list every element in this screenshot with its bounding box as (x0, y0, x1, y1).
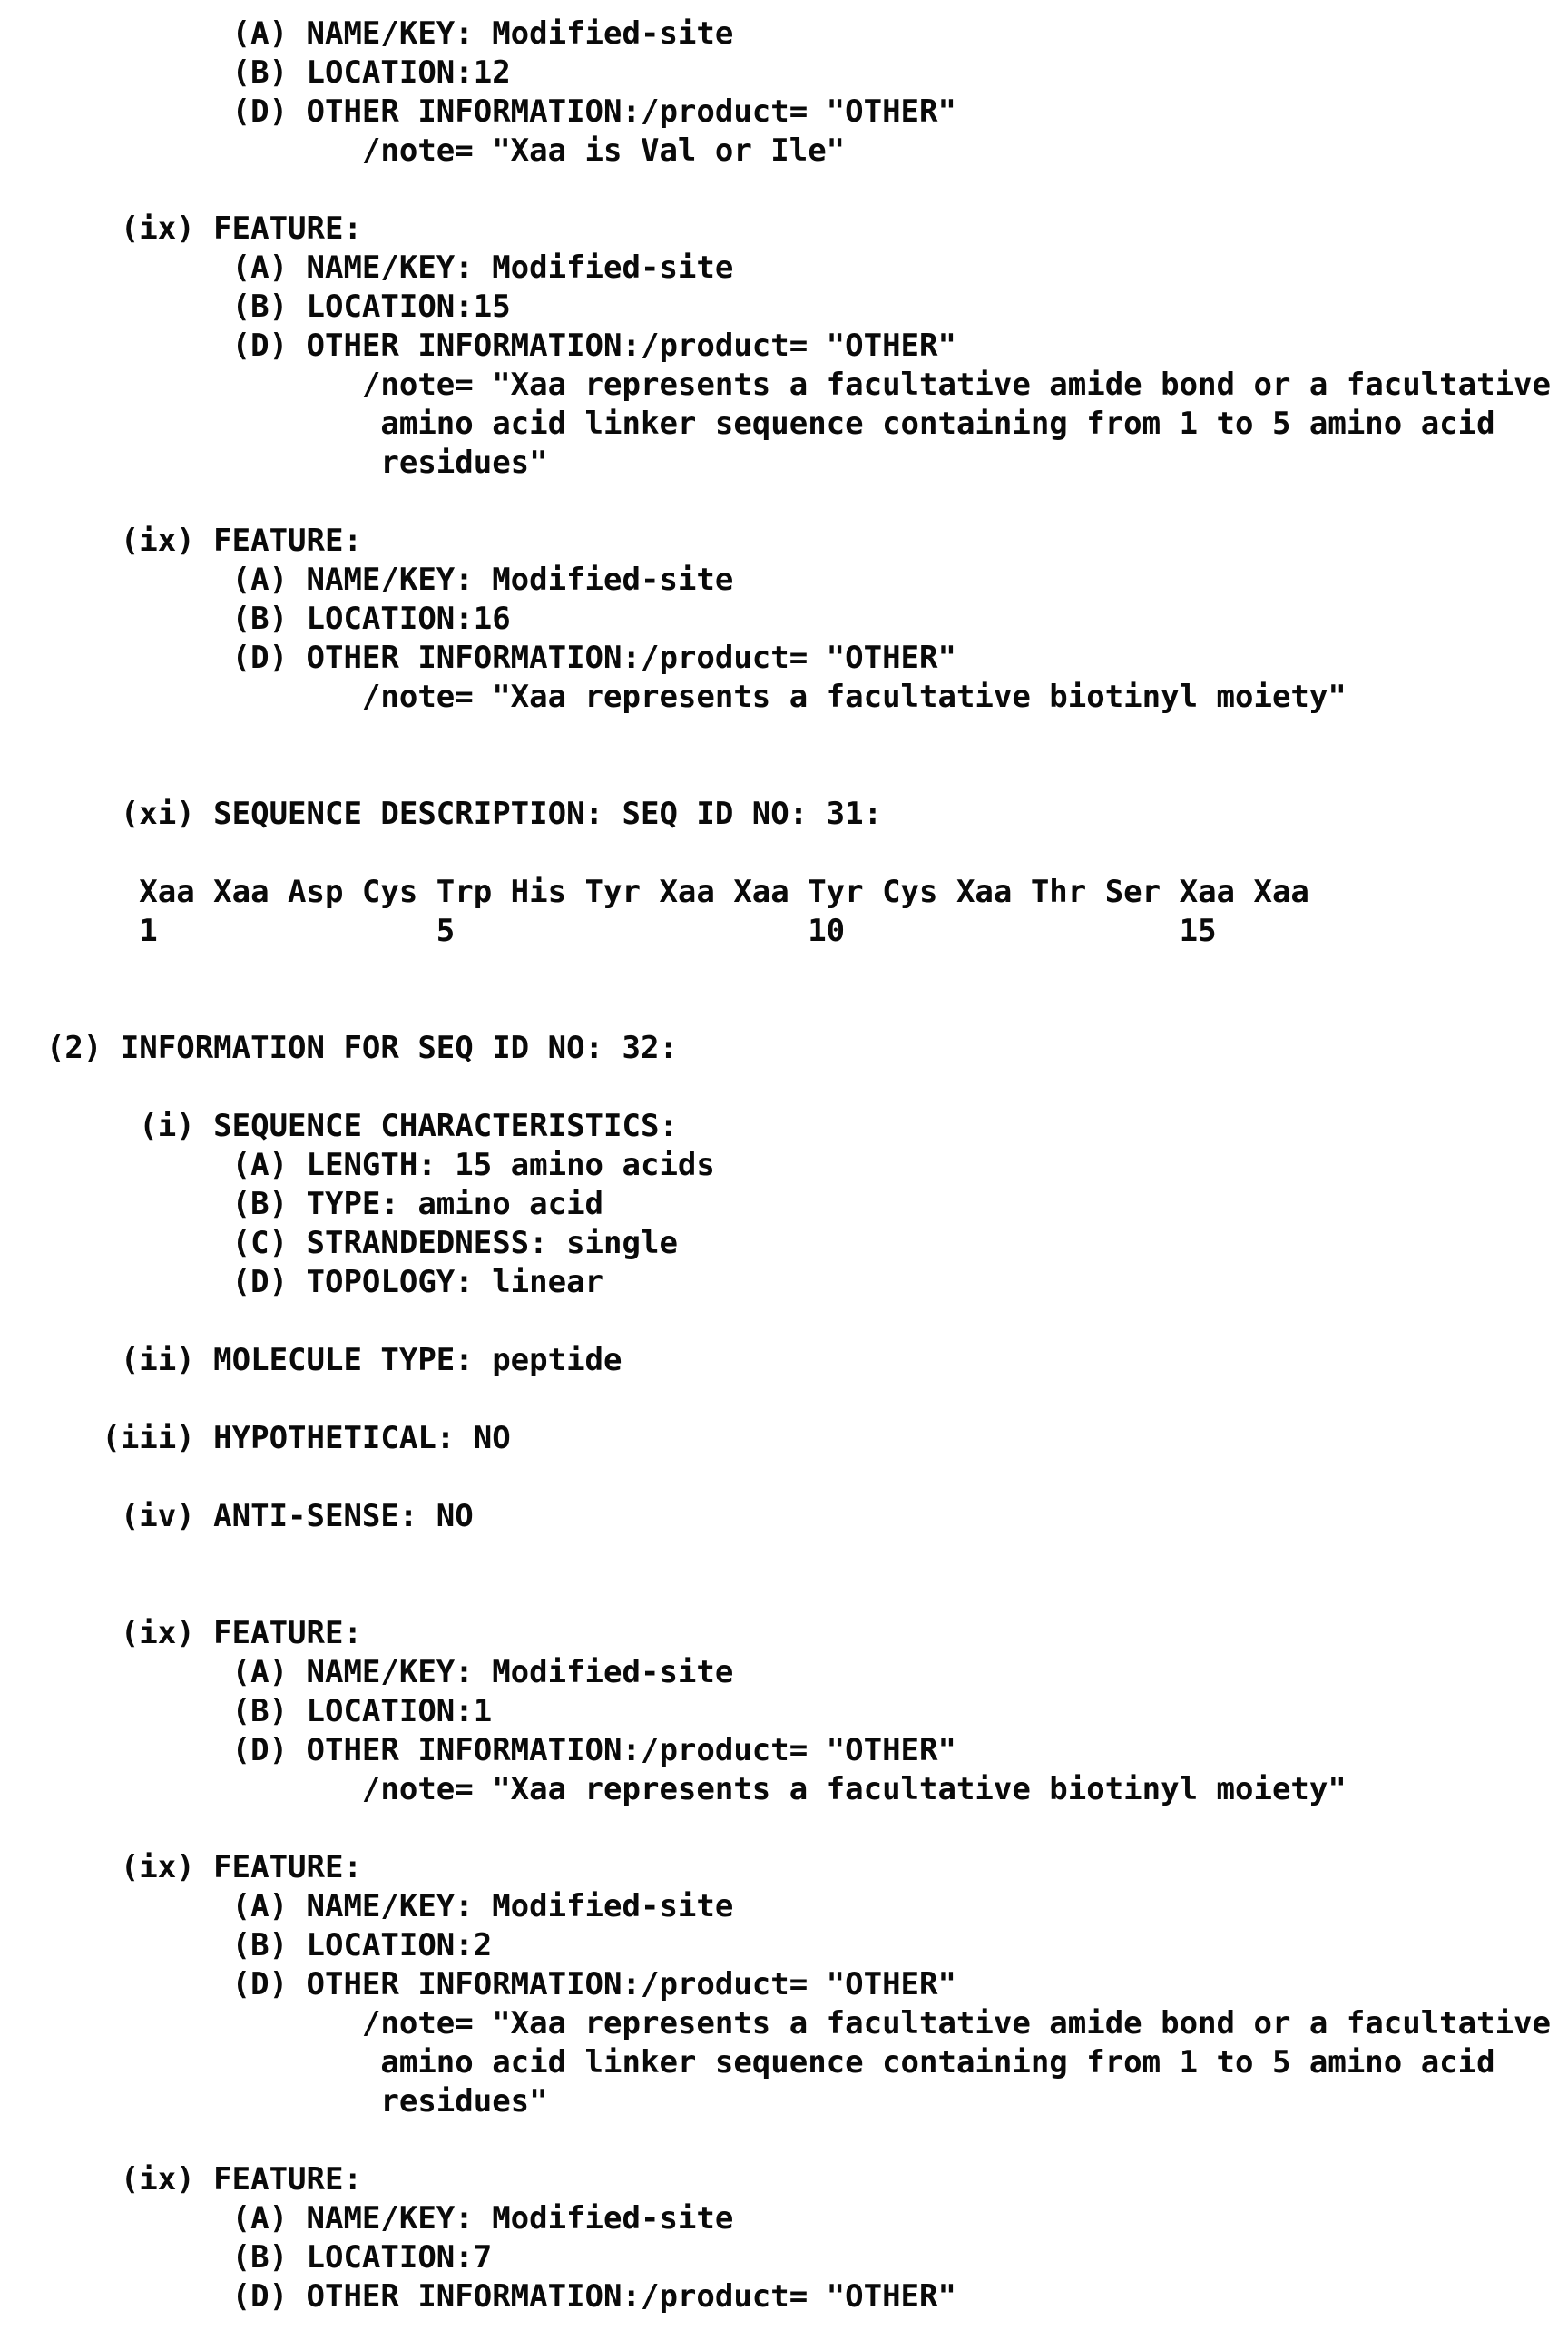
text-line: (A) NAME/KEY: Modified-site (9, 2199, 1568, 2238)
text-line: (ix) FEATURE: (9, 210, 1568, 249)
text-line: (i) SEQUENCE CHARACTERISTICS: (9, 1107, 1568, 1146)
text-line: (B) LOCATION:2 (9, 1926, 1568, 1965)
text-line: (D) OTHER INFORMATION:/product= "OTHER" (9, 1965, 1568, 2004)
text-line: /note= "Xaa represents a facultative bio… (9, 1770, 1568, 1809)
text-line (9, 834, 1568, 873)
text-line: (ix) FEATURE: (9, 522, 1568, 561)
text-line (9, 2121, 1568, 2160)
text-line: (B) TYPE: amino acid (9, 1185, 1568, 1224)
text-line: (D) OTHER INFORMATION:/product= "OTHER" (9, 93, 1568, 132)
text-line: /note= "Xaa is Val or Ile" (9, 132, 1568, 171)
text-line (9, 990, 1568, 1029)
text-line: (D) OTHER INFORMATION:/product= "OTHER" (9, 327, 1568, 366)
text-line: /note= "Xaa represents a facultative ami… (9, 2004, 1568, 2043)
text-line: (ix) FEATURE: (9, 2160, 1568, 2199)
document-page: (A) NAME/KEY: Modified-site (B) LOCATION… (0, 0, 1568, 2330)
text-line: (2) INFORMATION FOR SEQ ID NO: 32: (9, 1029, 1568, 1068)
text-line: /note= "Xaa represents a facultative bio… (9, 678, 1568, 717)
text-line: (B) LOCATION:1 (9, 1692, 1568, 1731)
text-line: 1 5 10 15 (9, 912, 1568, 951)
text-line: (C) STRANDEDNESS: single (9, 1224, 1568, 1263)
text-line (9, 951, 1568, 990)
text-line (9, 1302, 1568, 1341)
text-line (9, 1458, 1568, 1497)
text-line: (B) LOCATION:7 (9, 2238, 1568, 2277)
page: { "page": { "background": "#ffffff", "te… (0, 0, 1568, 2330)
text-line: amino acid linker sequence containing fr… (9, 2043, 1568, 2082)
text-line: (A) NAME/KEY: Modified-site (9, 561, 1568, 600)
text-line: /note= "Xaa represents a facultative ami… (9, 366, 1568, 405)
text-line: (B) LOCATION:16 (9, 600, 1568, 639)
text-line: (B) LOCATION:15 (9, 288, 1568, 327)
text-line: (xi) SEQUENCE DESCRIPTION: SEQ ID NO: 31… (9, 795, 1568, 834)
text-line: (iv) ANTI-SENSE: NO (9, 1497, 1568, 1536)
text-line (9, 1380, 1568, 1419)
text-line: (A) NAME/KEY: Modified-site (9, 249, 1568, 288)
text-line (9, 171, 1568, 210)
text-line: (ix) FEATURE: (9, 1848, 1568, 1887)
text-line: (A) NAME/KEY: Modified-site (9, 15, 1568, 54)
text-line (9, 1575, 1568, 1614)
text-line (9, 717, 1568, 756)
text-line: (ii) MOLECULE TYPE: peptide (9, 1341, 1568, 1380)
sequence-listing-text: (A) NAME/KEY: Modified-site (B) LOCATION… (9, 15, 1568, 2316)
text-line: (B) LOCATION:12 (9, 54, 1568, 93)
text-line (9, 756, 1568, 795)
text-line: (A) NAME/KEY: Modified-site (9, 1887, 1568, 1926)
text-line (9, 1068, 1568, 1107)
text-line: residues" (9, 2082, 1568, 2121)
text-line: (ix) FEATURE: (9, 1614, 1568, 1653)
text-line: (A) NAME/KEY: Modified-site (9, 1653, 1568, 1692)
text-line: amino acid linker sequence containing fr… (9, 405, 1568, 444)
text-line: (iii) HYPOTHETICAL: NO (9, 1419, 1568, 1458)
text-line: (D) OTHER INFORMATION:/product= "OTHER" (9, 1731, 1568, 1770)
text-line (9, 483, 1568, 522)
text-line (9, 1536, 1568, 1575)
text-line: (D) OTHER INFORMATION:/product= "OTHER" (9, 2277, 1568, 2316)
text-line: (D) TOPOLOGY: linear (9, 1263, 1568, 1302)
text-line: residues" (9, 444, 1568, 483)
text-line (9, 1809, 1568, 1848)
text-line: (A) LENGTH: 15 amino acids (9, 1146, 1568, 1185)
text-line: Xaa Xaa Asp Cys Trp His Tyr Xaa Xaa Tyr … (9, 873, 1568, 912)
text-line: (D) OTHER INFORMATION:/product= "OTHER" (9, 639, 1568, 678)
